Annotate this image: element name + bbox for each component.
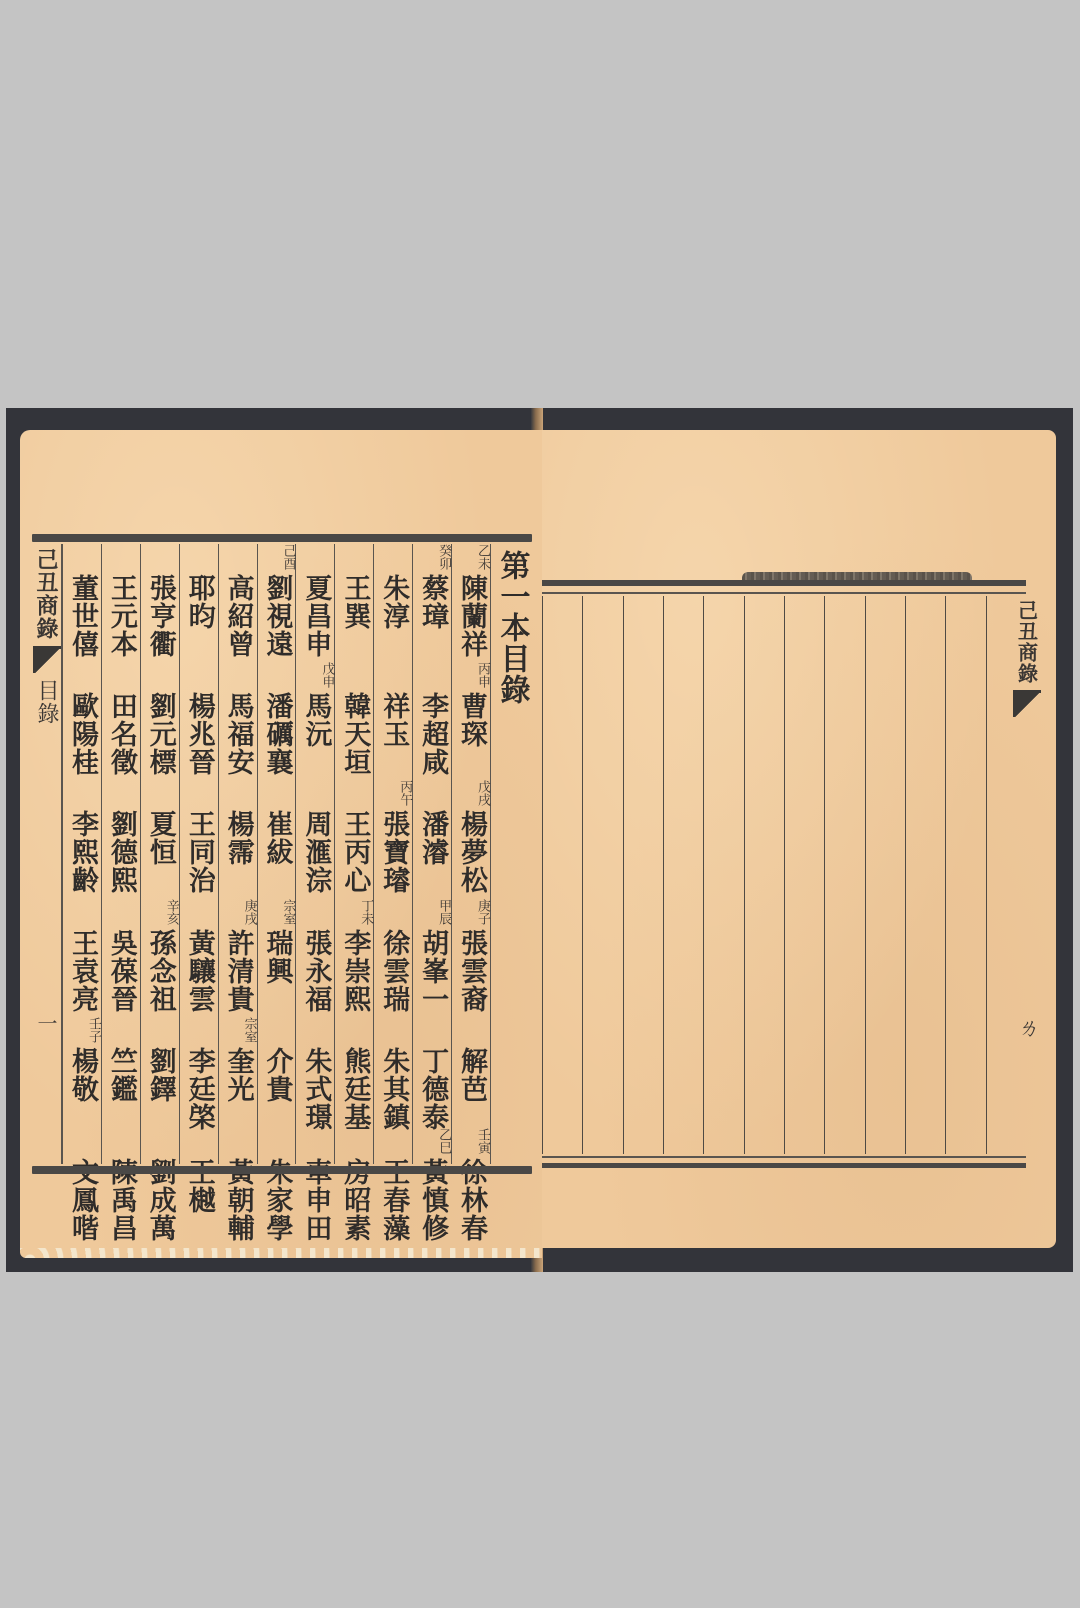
person-name: 張永福 (298, 929, 332, 1013)
book-title: 己丑商錄 (1013, 600, 1042, 684)
blank-column (542, 596, 582, 1154)
toc-entry: 祥玉 (374, 692, 412, 748)
cyclical-year-note: 戊申 (319, 662, 333, 688)
cyclical-year-note: 辛亥 (164, 899, 178, 925)
toc-column: 高紹曾馬福安楊霈庚戌許清貴宗室奎光黃朝輔 (218, 544, 257, 1164)
toc-entry: 宗室瑞興 (258, 929, 296, 985)
toc-entry: 丙午張寶璿 (374, 810, 412, 894)
person-name: 孫念祖 (143, 929, 177, 1013)
person-name: 丁德泰 (415, 1047, 449, 1131)
toc-entry: 宗室奎光 (219, 1047, 257, 1103)
person-name: 王袁亮 (65, 929, 99, 1013)
toc-entry: 壬子楊敬 (63, 1047, 101, 1103)
toc-entry: 甲辰胡峯一 (413, 929, 451, 1013)
book-title: 己丑商錄 (31, 548, 62, 640)
person-name: 韓天垣 (337, 692, 371, 776)
blank-column (784, 596, 824, 1154)
person-name: 王同治 (182, 810, 216, 894)
toc-entry: 歐陽桂 (63, 692, 101, 776)
toc-entry: 韓天垣 (335, 692, 373, 776)
toc-entry: 劉德熙 (102, 810, 140, 894)
bottom-border-rule (32, 1166, 532, 1174)
toc-entry: 解芭 (452, 1047, 490, 1103)
cyclical-year-note: 乙未 (475, 544, 489, 570)
person-name: 李熙齡 (65, 810, 99, 894)
right-spine-column: 己丑商錄 ㄌ (1012, 596, 1042, 1154)
person-name: 董世僖 (65, 574, 99, 658)
person-name: 李超咸 (415, 692, 449, 776)
toc-entry: 介貴 (258, 1047, 296, 1103)
person-name: 王巽 (337, 574, 371, 630)
cyclical-year-note: 丁未 (358, 899, 372, 925)
person-name: 蔡璋 (415, 574, 449, 630)
person-name: 王丙心 (337, 810, 371, 894)
person-name: 王元本 (104, 574, 138, 658)
top-border-rule (542, 580, 1026, 586)
toc-entry: 楊兆晉 (180, 692, 218, 776)
person-name: 竺鑑 (104, 1047, 138, 1103)
person-name: 楊霈 (221, 810, 255, 866)
person-name: 朱式璟 (298, 1047, 332, 1131)
toc-entry: 高紹曾 (219, 574, 257, 658)
person-name: 張亨衢 (143, 574, 177, 658)
toc-entry: 朱式璟 (296, 1047, 334, 1131)
toc-entry: 劉元標 (141, 692, 179, 776)
cyclical-year-note: 乙巳 (436, 1128, 450, 1154)
toc-entry: 吳葆晉 (102, 929, 140, 1013)
toc-entry: 潘濬 (413, 810, 451, 866)
toc-column: 耶昀楊兆晉王同治黃驤雲李廷棨王樾 (179, 544, 218, 1164)
blank-column (663, 596, 703, 1154)
person-name: 劉視遠 (260, 574, 294, 658)
person-name: 張雲裔 (454, 929, 488, 1013)
toc-entry: 耶昀 (180, 574, 218, 630)
person-name: 許清貴 (221, 929, 255, 1013)
person-name: 曹琛 (454, 692, 488, 748)
cyclical-year-note: 壬寅 (475, 1128, 489, 1154)
person-name: 楊敬 (65, 1047, 99, 1103)
person-name: 胡峯一 (415, 929, 449, 1013)
torn-paper-edge (20, 1248, 542, 1258)
left-spine-column: 己丑商錄 目錄 一 (32, 544, 62, 1164)
person-name: 陳蘭祥 (454, 574, 488, 658)
person-name: 周滙淙 (298, 810, 332, 894)
toc-entry: 丁未李崇熙 (335, 929, 373, 1013)
left-page-printed-frame: 第一本目錄 乙未陳蘭祥丙申曹琛戊戌楊夢松庚子張雲裔解芭壬寅徐林春癸卯蔡璋李超咸潘… (32, 534, 532, 1174)
cyclical-year-note: 壬子 (86, 1017, 100, 1043)
person-name: 朱淳 (376, 574, 410, 630)
toc-entry: 王丙心 (335, 810, 373, 894)
cyclical-year-note: 庚戌 (242, 899, 256, 925)
toc-entry: 王袁亮 (63, 929, 101, 1013)
blank-column (824, 596, 864, 1154)
person-name: 潘礪襄 (260, 692, 294, 776)
toc-heading: 第一本目錄 (490, 550, 534, 705)
toc-entry: 黃驤雲 (180, 929, 218, 1013)
blank-column (865, 596, 905, 1154)
toc-entry: 王巽 (335, 574, 373, 630)
top-border-rule (32, 534, 532, 542)
toc-entry: 朱其鎮 (374, 1047, 412, 1131)
toc-column: 王元本田名徵劉德熙吳葆晉竺鑑陳禹昌 (101, 544, 140, 1164)
blank-column (703, 596, 743, 1154)
cyclical-year-note: 宗室 (280, 899, 294, 925)
toc-entry: 李超咸 (413, 692, 451, 776)
toc-entry: 丙申曹琛 (452, 692, 490, 748)
cyclical-year-note: 丙午 (397, 780, 411, 806)
person-name: 祥玉 (376, 692, 410, 748)
blank-column (945, 596, 985, 1154)
cyclical-year-note: 丙申 (475, 662, 489, 688)
person-name: 潘濬 (415, 810, 449, 866)
person-name: 李廷棨 (182, 1047, 216, 1131)
blank-column (623, 596, 663, 1154)
blank-column (582, 596, 622, 1154)
blank-column-lines (542, 596, 1026, 1154)
person-name: 介貴 (260, 1047, 294, 1103)
person-name: 吳葆晉 (104, 929, 138, 1013)
toc-heading-column: 第一本目錄 (490, 544, 532, 1164)
toc-entry: 戊戌楊夢松 (452, 810, 490, 894)
fishtail-mark-icon (1013, 690, 1041, 717)
toc-column: 己酉劉視遠潘礪襄崔紱宗室瑞興介貴朱家學 (257, 544, 296, 1164)
toc-column: 董世僖歐陽桂李熙齡王袁亮壬子楊敬文鳳喈 (62, 544, 101, 1164)
person-name: 熊廷基 (337, 1047, 371, 1131)
person-name: 崔紱 (260, 810, 294, 866)
person-name: 高紹曾 (221, 574, 255, 658)
toc-entry: 戊申馬沅 (296, 692, 334, 748)
toc-entry: 李廷棨 (180, 1047, 218, 1131)
cyclical-year-note: 甲辰 (436, 899, 450, 925)
toc-entry: 己酉劉視遠 (258, 574, 296, 658)
toc-column: 乙未陳蘭祥丙申曹琛戊戌楊夢松庚子張雲裔解芭壬寅徐林春 (451, 544, 490, 1164)
section-label: 目錄 (31, 679, 62, 725)
right-page-printed-frame: 己丑商錄 ㄌ (542, 580, 1026, 1168)
toc-entry: 王同治 (180, 810, 218, 894)
person-name: 奎光 (221, 1047, 255, 1103)
toc-entry: 張永福 (296, 929, 334, 1013)
toc-entry: 庚戌許清貴 (219, 929, 257, 1013)
person-name: 歐陽桂 (65, 692, 99, 776)
person-name: 張寶璿 (376, 810, 410, 894)
toc-entry: 張亨衢 (141, 574, 179, 658)
person-name: 楊兆晉 (182, 692, 216, 776)
person-name: 夏恒 (143, 810, 177, 866)
toc-column: 夏昌申戊申馬沅周滙淙張永福朱式璟車申田 (295, 544, 334, 1164)
person-name: 劉元標 (143, 692, 177, 776)
toc-column: 王巽韓天垣王丙心丁未李崇熙熊廷基房昭素 (334, 544, 373, 1164)
toc-entry: 熊廷基 (335, 1047, 373, 1131)
toc-entry: 李熙齡 (63, 810, 101, 894)
toc-columns: 第一本目錄 乙未陳蘭祥丙申曹琛戊戌楊夢松庚子張雲裔解芭壬寅徐林春癸卯蔡璋李超咸潘… (32, 544, 532, 1164)
right-page: 己丑商錄 ㄌ (542, 430, 1056, 1248)
person-name: 黃驤雲 (182, 929, 216, 1013)
toc-entry: 庚子張雲裔 (452, 929, 490, 1013)
person-name: 瑞興 (260, 929, 294, 985)
cyclical-year-note: 宗室 (242, 1017, 256, 1043)
toc-entry: 竺鑑 (102, 1047, 140, 1103)
page-number: 一 (32, 1013, 61, 1034)
person-name: 劉德熙 (104, 810, 138, 894)
fishtail-mark-icon (33, 646, 61, 673)
cyclical-year-note: 己酉 (280, 544, 294, 570)
left-page: 第一本目錄 乙未陳蘭祥丙申曹琛戊戌楊夢松庚子張雲裔解芭壬寅徐林春癸卯蔡璋李超咸潘… (20, 430, 542, 1258)
person-name: 楊夢松 (454, 810, 488, 894)
spine-mark: ㄌ (1012, 1016, 1043, 1039)
toc-column: 癸卯蔡璋李超咸潘濬甲辰胡峯一丁德泰乙巳黃慎修 (412, 544, 451, 1164)
toc-entry: 周滙淙 (296, 810, 334, 894)
toc-entry: 王元本 (102, 574, 140, 658)
blank-column (905, 596, 945, 1154)
toc-entry: 夏恒 (141, 810, 179, 866)
toc-entry: 潘礪襄 (258, 692, 296, 776)
toc-entry: 田名徵 (102, 692, 140, 776)
person-name: 徐雲瑞 (376, 929, 410, 1013)
toc-entry: 夏昌申 (296, 574, 334, 658)
person-name: 耶昀 (182, 574, 216, 630)
cyclical-year-note: 庚子 (475, 899, 489, 925)
person-name: 李崇熙 (337, 929, 371, 1013)
person-name: 馬福安 (221, 692, 255, 776)
person-name: 朱其鎮 (376, 1047, 410, 1131)
toc-column: 張亨衢劉元標夏恒辛亥孫念祖劉鐸劉成萬 (140, 544, 179, 1164)
toc-column: 朱淳祥玉丙午張寶璿徐雲瑞朱其鎮王春藻 (373, 544, 412, 1164)
toc-entry: 馬福安 (219, 692, 257, 776)
toc-entry: 丁德泰 (413, 1047, 451, 1131)
top-inner-rule (542, 592, 1026, 594)
cyclical-year-note: 癸卯 (436, 544, 450, 570)
toc-entry: 楊霈 (219, 810, 257, 866)
toc-entry: 乙未陳蘭祥 (452, 574, 490, 658)
bottom-inner-rule (542, 1156, 1026, 1158)
bottom-border-rule (542, 1163, 1026, 1168)
toc-entry: 癸卯蔡璋 (413, 574, 451, 630)
toc-entry: 崔紱 (258, 810, 296, 866)
blank-column (744, 596, 784, 1154)
scan-frame: 第一本目錄 乙未陳蘭祥丙申曹琛戊戌楊夢松庚子張雲裔解芭壬寅徐林春癸卯蔡璋李超咸潘… (6, 408, 1073, 1272)
person-name: 馬沅 (298, 692, 332, 748)
toc-entry: 朱淳 (374, 574, 412, 630)
toc-entry: 徐雲瑞 (374, 929, 412, 1013)
person-name: 夏昌申 (298, 574, 332, 658)
toc-entry: 董世僖 (63, 574, 101, 658)
cyclical-year-note: 戊戌 (475, 780, 489, 806)
person-name: 解芭 (454, 1047, 488, 1103)
toc-entry: 辛亥孫念祖 (141, 929, 179, 1013)
toc-entry: 劉鐸 (141, 1047, 179, 1103)
person-name: 田名徵 (104, 692, 138, 776)
person-name: 劉鐸 (143, 1047, 177, 1103)
